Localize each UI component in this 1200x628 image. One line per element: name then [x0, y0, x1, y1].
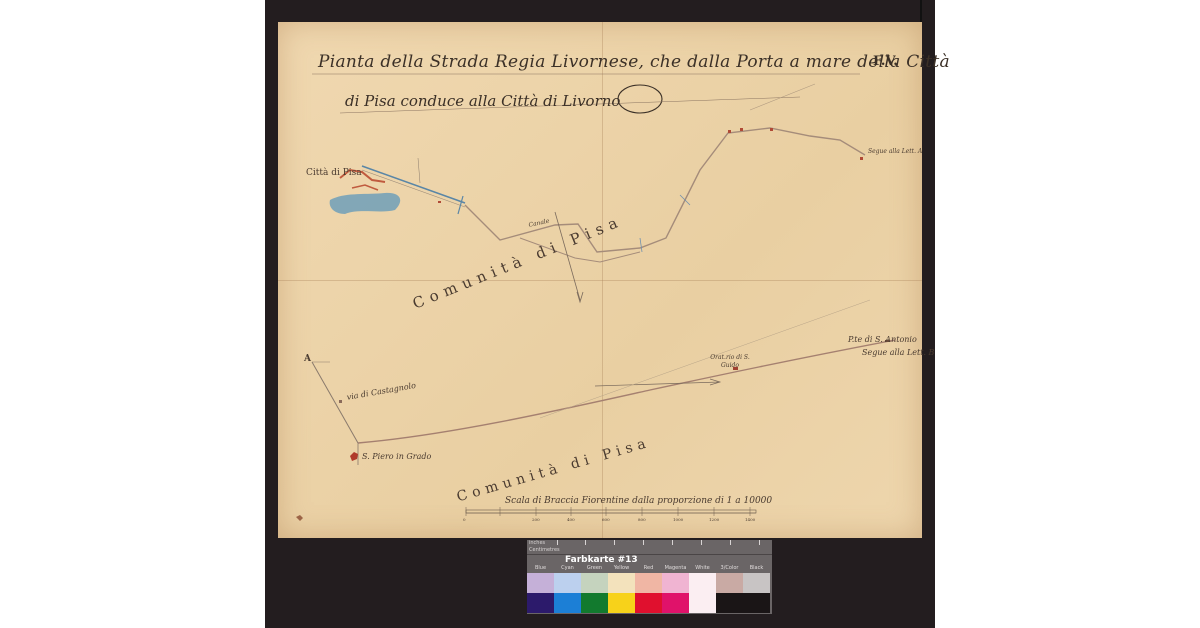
map-title-line-1: Pianta della Strada Regia Livornese, che… — [318, 52, 950, 72]
swatch-red-dark — [635, 593, 662, 613]
scale-tick: 0 — [463, 517, 466, 522]
swatch-3color-dark — [716, 593, 743, 613]
label-san-piero-a-grado: S. Piero in Grado — [362, 452, 431, 461]
scale-tick: 1200 — [709, 517, 719, 522]
ruler-inches-label: inches — [529, 540, 545, 546]
scale-tick: 1000 — [673, 517, 683, 522]
swatch-black-dark — [743, 593, 770, 613]
swatch-label-3color: 3/Color — [716, 565, 743, 571]
swatch-red-light — [635, 573, 662, 593]
ruler: inches Centimetres — [527, 540, 772, 555]
label-point-a: A — [304, 354, 311, 364]
swatch-cyan-light — [554, 573, 581, 593]
swatch-label-yellow: Yellow — [608, 565, 635, 571]
swatch-label-magenta: Magenta — [662, 565, 689, 571]
scale-caption: Scala di Braccia Fiorentine dalla propor… — [505, 496, 772, 506]
scale-tick: 600 — [602, 517, 610, 522]
label-ponte-sant-antonio: P.te di S. Antonio — [848, 335, 917, 344]
swatch-white — [689, 573, 716, 613]
map-title-line-2: di Pisa conduce alla Città di Livorno — [345, 92, 620, 110]
swatch-blue-light — [527, 573, 554, 593]
swatch-black-light — [743, 573, 770, 593]
label-segue-lett-b: Segue alla Lett. B — [862, 348, 934, 357]
swatch-green-dark — [581, 593, 608, 613]
swatch-magenta-dark — [662, 593, 689, 613]
swatch-magenta-light — [662, 573, 689, 593]
label-segue-top-right: Segue alla Lett. A — [868, 148, 922, 155]
scale-tick: 200 — [532, 517, 540, 522]
scale-tick: 800 — [638, 517, 646, 522]
swatch-label-black: Black — [743, 565, 770, 571]
scale-tick: 1400 — [745, 517, 755, 522]
swatch-label-red: Red — [635, 565, 662, 571]
label-citta-di-pisa: Città di Pisa — [306, 168, 362, 178]
swatch-green-light — [581, 573, 608, 593]
swatch-blue-dark — [527, 593, 554, 613]
swatch-label-blue: Blue — [527, 565, 554, 571]
swatch-label-cyan: Cyan — [554, 565, 581, 571]
swatch-3color-light — [716, 573, 743, 593]
swatch-yellow-light — [608, 573, 635, 593]
ruler-cm-label: Centimetres — [529, 547, 560, 553]
color-calibration-card: inches Centimetres Farbkarte #13 Blue Cy… — [527, 540, 772, 614]
swatch-label-green: Green — [581, 565, 608, 571]
label-oratorio: Orat.rio di S. Guido — [710, 354, 750, 370]
color-card-title: Farbkarte #13 — [565, 555, 638, 565]
swatch-label-white: White — [689, 565, 716, 571]
sheet-id: F.V. — [873, 54, 898, 69]
scale-tick: 400 — [567, 517, 575, 522]
swatch-yellow-dark — [608, 593, 635, 613]
swatch-cyan-dark — [554, 593, 581, 613]
